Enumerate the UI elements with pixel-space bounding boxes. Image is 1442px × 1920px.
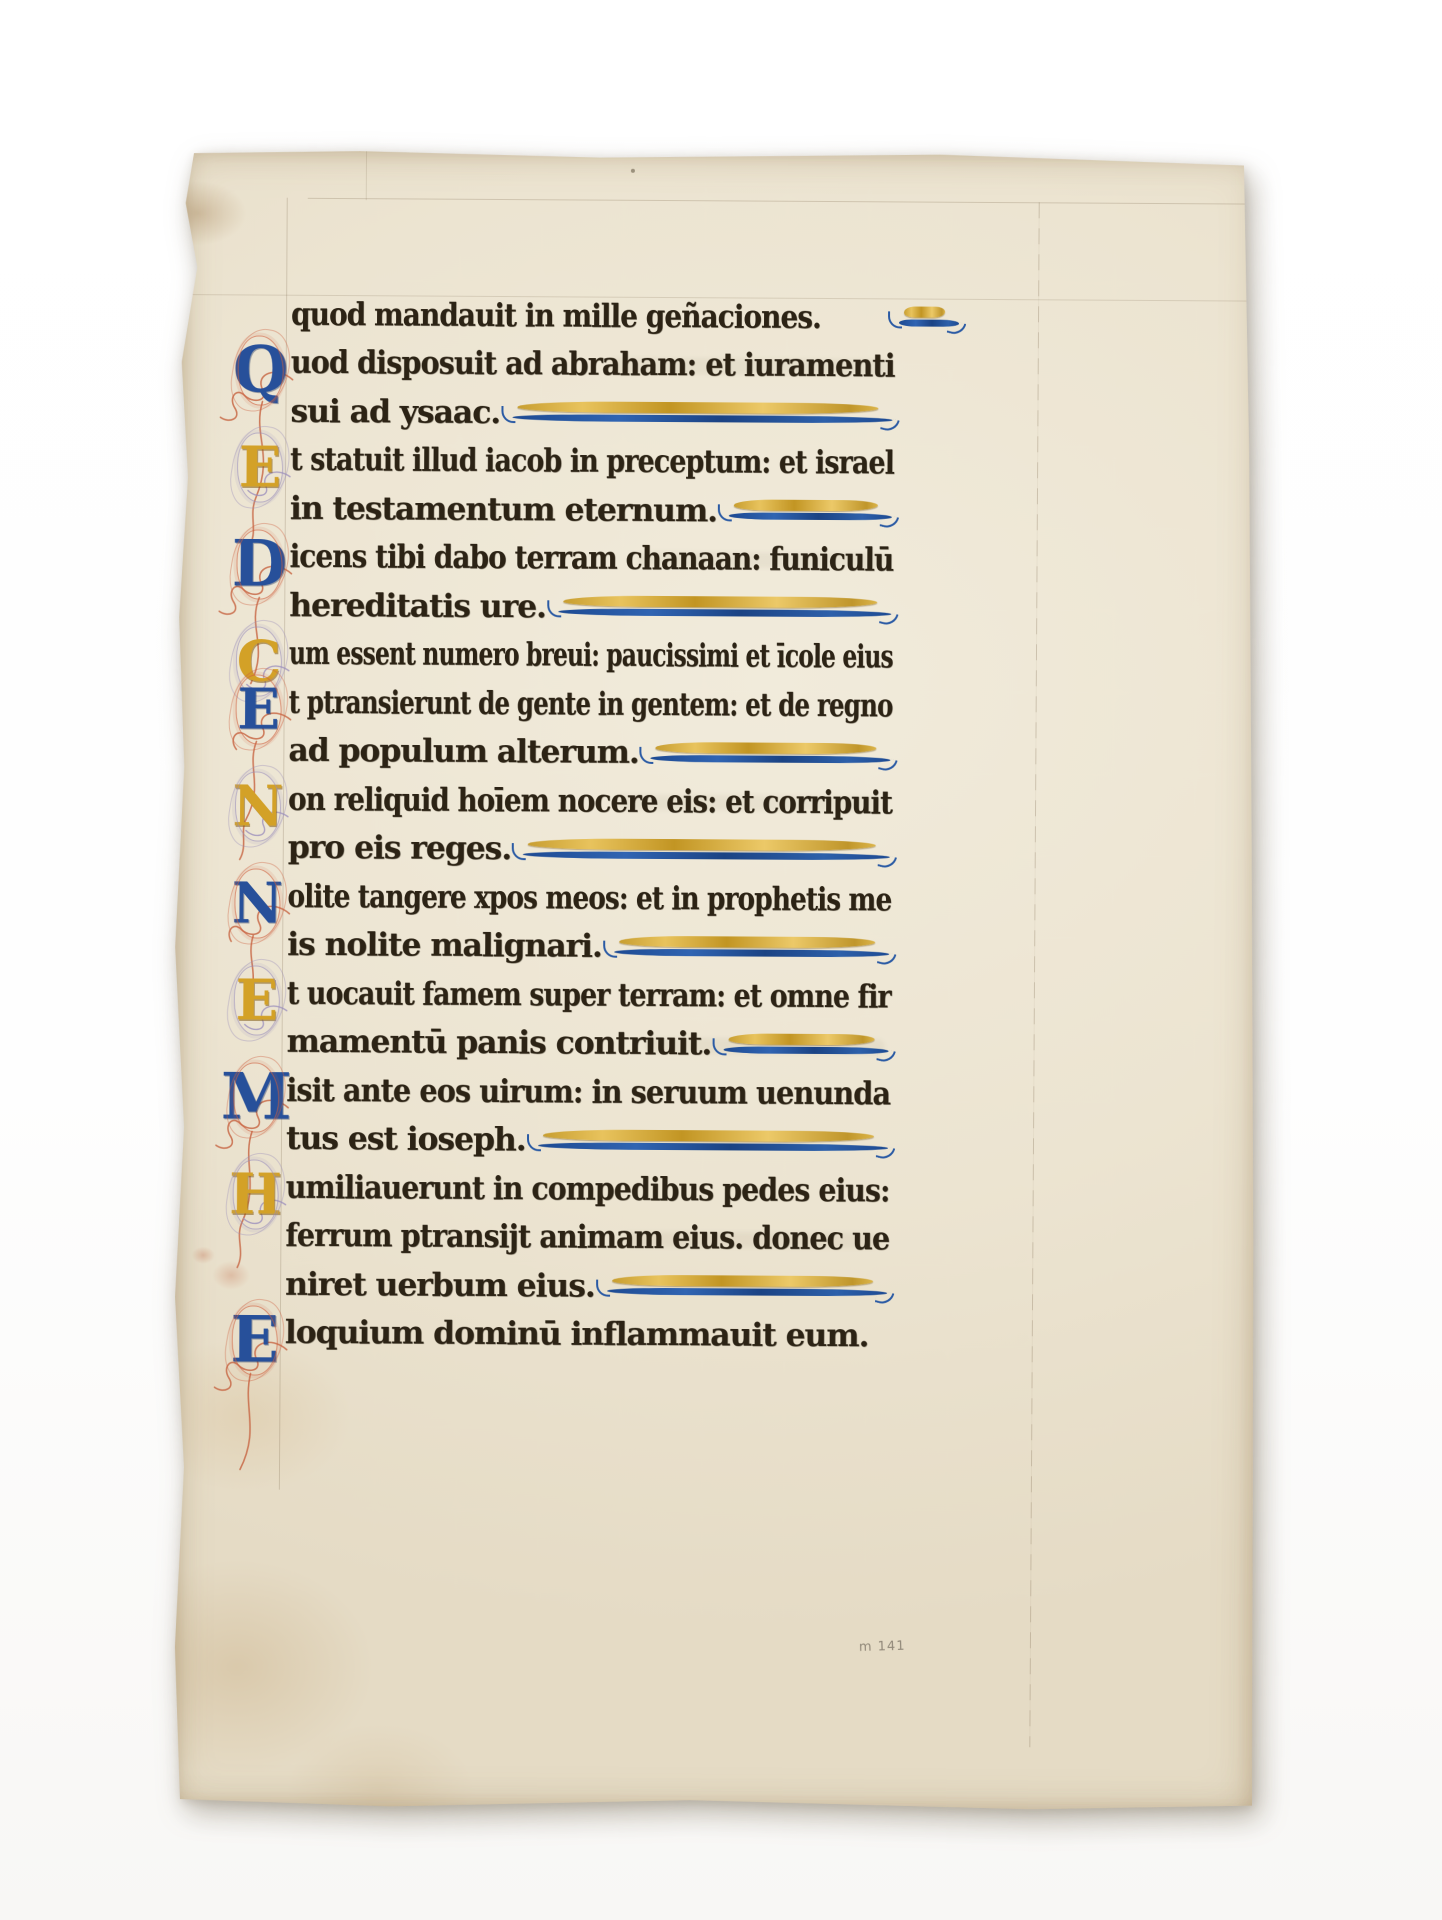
gold-filler-bar [517, 401, 878, 414]
line-text: mamentū panis contriuit. [286, 1023, 711, 1063]
line-text: ad populum alterum. [288, 732, 639, 771]
line-filler-ornament [614, 930, 892, 964]
text-line: pro eis reges. [288, 823, 892, 875]
text-line: N on reliquid hoīem nocere eis: et corri… [288, 775, 892, 827]
line-filler-ornament [558, 591, 894, 625]
line-text: hereditatis ure. [289, 586, 546, 625]
line-text: in testamentum eternum. [290, 489, 717, 529]
line-text: tus est ioseph. [286, 1120, 526, 1158]
illuminated-initial: E [230, 671, 286, 747]
line-text: um essent numero breui: paucissimi et īc… [289, 635, 893, 676]
penwork-halo [236, 529, 282, 599]
text-line: niret uerbum eius. [285, 1260, 889, 1312]
text-line: tus est ioseph. [286, 1114, 890, 1166]
illuminated-initial: N [230, 768, 286, 844]
penwork-halo [237, 335, 283, 405]
penwork-halo [237, 432, 283, 502]
text-line: quod mandauit in mille geñaciones. [291, 290, 895, 342]
text-line: E t ptransierunt de gente in gentem: et … [289, 678, 893, 730]
gold-filler-bar [904, 307, 945, 318]
illuminated-initial: M [228, 1059, 284, 1135]
line-text: t ptransierunt de gente in gentem: et de… [289, 683, 893, 724]
text-line: Q uod disposuit ad abraham: et iuramenti [291, 338, 895, 390]
line-text: niret uerbum eius. [285, 1265, 595, 1304]
illuminated-initial: D [231, 526, 287, 602]
gold-filler-bar [528, 838, 876, 851]
illuminated-initial: Q [232, 332, 288, 408]
illuminated-initial: E [229, 962, 285, 1038]
text-line: mamentū panis contriuit. [286, 1017, 890, 1069]
text-line: is nolite malignari. [287, 920, 891, 972]
text-line: M isit ante eos uirum: in seruum uenunda [286, 1066, 890, 1118]
text-line: E t uocauit famem super terram: et omne … [287, 969, 891, 1021]
blue-filler-bar [899, 320, 959, 327]
gold-filler-bar [543, 1129, 874, 1142]
line-filler-ornament [607, 1270, 890, 1304]
penwork-halo [233, 1062, 279, 1132]
text-line: E t statuit illud iacob in preceptum: et… [290, 435, 894, 487]
blue-filler-bar [614, 948, 889, 957]
line-text: olite tangere xpos meos: et in prophetis… [287, 877, 891, 918]
penwork-halo [235, 674, 281, 744]
blue-filler-bar [512, 414, 892, 423]
text-line: ferrum ptransijt animam eius. donec ue [285, 1211, 889, 1263]
text-line: ad populum alterum. [288, 726, 892, 778]
line-text: t uocauit famem super terram: et omne fi… [287, 974, 891, 1015]
line-text: on reliquid hoīem nocere eis: et corripu… [288, 780, 892, 821]
text-line: E loquium dominū inflammauit eum. [285, 1308, 889, 1360]
vellum-page: quod mandauit in mille geñaciones. Q uod… [170, 147, 1262, 1814]
blue-filler-bar [538, 1142, 888, 1151]
text-line: C um essent numero breui: paucissimi et … [289, 629, 893, 681]
blue-filler-bar [729, 513, 892, 521]
line-text: ferrum ptransijt animam eius. donec ue [285, 1217, 889, 1258]
blue-filler-bar [723, 1046, 888, 1054]
line-text: umiliauerunt in compedibus pedes eius: [286, 1168, 890, 1209]
line-text: uod disposuit ad abraham: et iuramenti [291, 344, 895, 385]
gold-filler-bar [734, 500, 878, 512]
text-line: H umiliauerunt in compedibus pedes eius: [286, 1163, 890, 1215]
text-line: D icens tibi dabo terram chanaan: funicu… [289, 532, 893, 584]
illuminated-initial: E [232, 429, 288, 505]
text-line: in testamentum eternum. [290, 484, 894, 536]
text-line: hereditatis ure. [289, 581, 893, 633]
line-text: t statuit illud iacob in preceptum: et i… [290, 441, 894, 482]
illuminated-initial: H [227, 1156, 283, 1232]
penwork-halo [235, 771, 281, 841]
gold-filler-bar [619, 935, 875, 948]
line-filler-ornament [538, 1124, 891, 1158]
illuminated-initial: N [229, 865, 285, 941]
text-line: sui ad ysaac. [290, 387, 894, 439]
gold-filler-bar [563, 596, 877, 609]
psalter-text-block: quod mandauit in mille geñaciones. Q uod… [285, 290, 896, 1361]
line-filler-ornament [651, 737, 893, 770]
pencil-inscription: m 141 [859, 1639, 906, 1655]
blue-filler-bar [523, 851, 890, 860]
line-text: pro eis reges. [288, 829, 512, 867]
line-text: is nolite malignari. [287, 926, 602, 965]
line-text: isit ante eos uirum: in seruum uenunda [286, 1071, 890, 1112]
line-text: quod mandauit in mille geñaciones. [291, 295, 821, 335]
gold-filler-bar [728, 1033, 874, 1045]
line-text: icens tibi dabo terram chanaan: funiculū [289, 538, 893, 579]
gold-filler-bar [612, 1275, 873, 1288]
ink-speck [631, 169, 635, 173]
gold-filler-bar [656, 742, 877, 754]
line-filler-ornament [723, 1028, 891, 1061]
line-text: sui ad ysaac. [290, 392, 500, 430]
manuscript-leaf: quod mandauit in mille geñaciones. Q uod… [170, 147, 1262, 1814]
line-text: loquium dominū inflammauit eum. [285, 1314, 869, 1355]
line-filler-ornament [512, 396, 895, 430]
penwork-halo [232, 1159, 278, 1229]
text-line: N olite tangere xpos meos: et in prophet… [287, 872, 891, 924]
penwork-halo [234, 868, 280, 938]
illuminated-initial: E [227, 1302, 283, 1378]
blue-filler-bar [651, 755, 891, 763]
penwork-halo [232, 1305, 278, 1375]
blue-filler-bar [607, 1288, 887, 1297]
line-filler-ornament [899, 302, 961, 334]
line-filler-ornament [523, 833, 892, 867]
line-filler-ornament [729, 495, 894, 528]
photo-backdrop: quod mandauit in mille geñaciones. Q uod… [0, 0, 1442, 1920]
blue-filler-bar [558, 609, 891, 618]
penwork-halo [234, 965, 280, 1035]
